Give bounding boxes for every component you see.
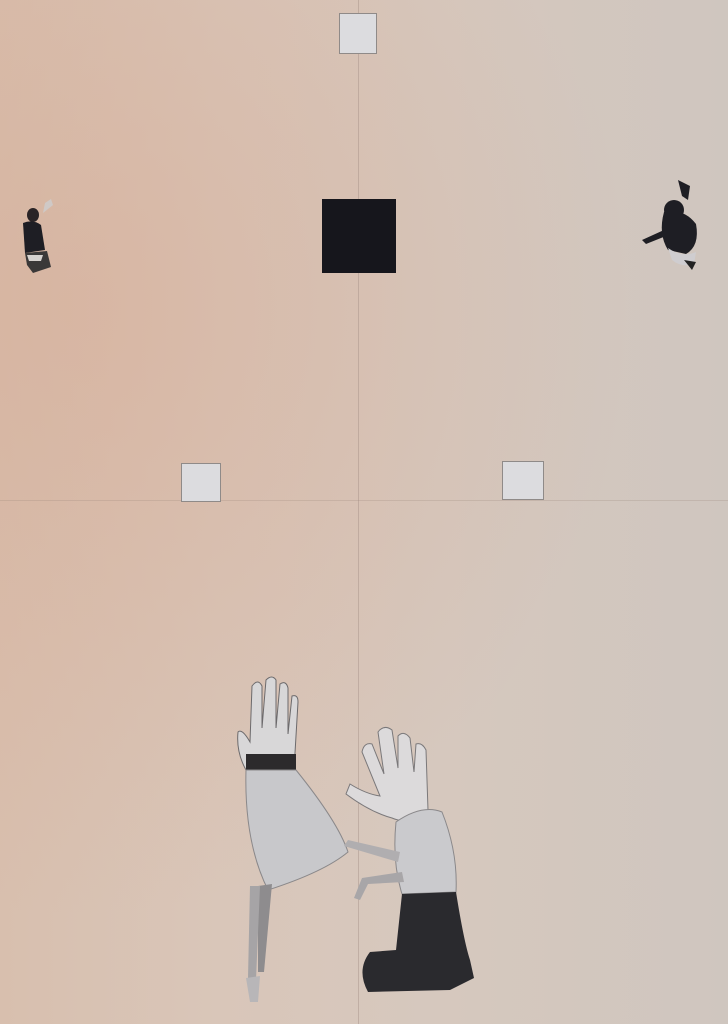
top-center-square <box>339 13 377 54</box>
left-square <box>181 463 221 502</box>
horizontal-fold-line <box>0 500 728 501</box>
jumping-figure-left <box>15 195 60 280</box>
hand-head-standing-figure <box>228 672 358 1007</box>
hand-head-kneeling-figure <box>340 722 480 997</box>
jumping-figure-right <box>638 172 708 277</box>
right-square <box>502 461 544 500</box>
collage-canvas <box>0 0 728 1024</box>
black-square <box>322 199 396 273</box>
